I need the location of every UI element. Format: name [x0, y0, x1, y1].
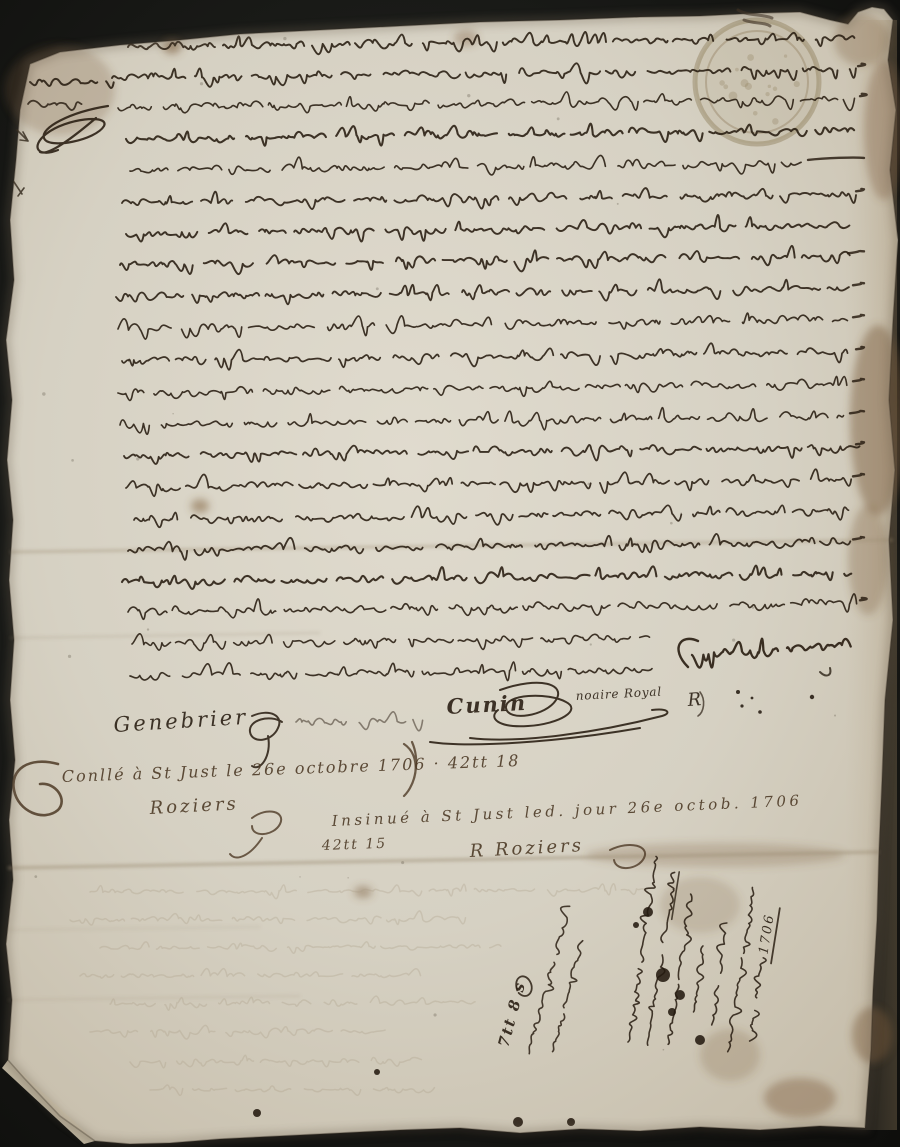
manuscript-photo: du Roy le tiltre de precaire translatif …: [0, 0, 900, 1147]
svg-text:42tt 15: 42tt 15: [321, 836, 388, 854]
photograph-backdrop: du Roy le tiltre de precaire translatif …: [0, 0, 900, 1147]
